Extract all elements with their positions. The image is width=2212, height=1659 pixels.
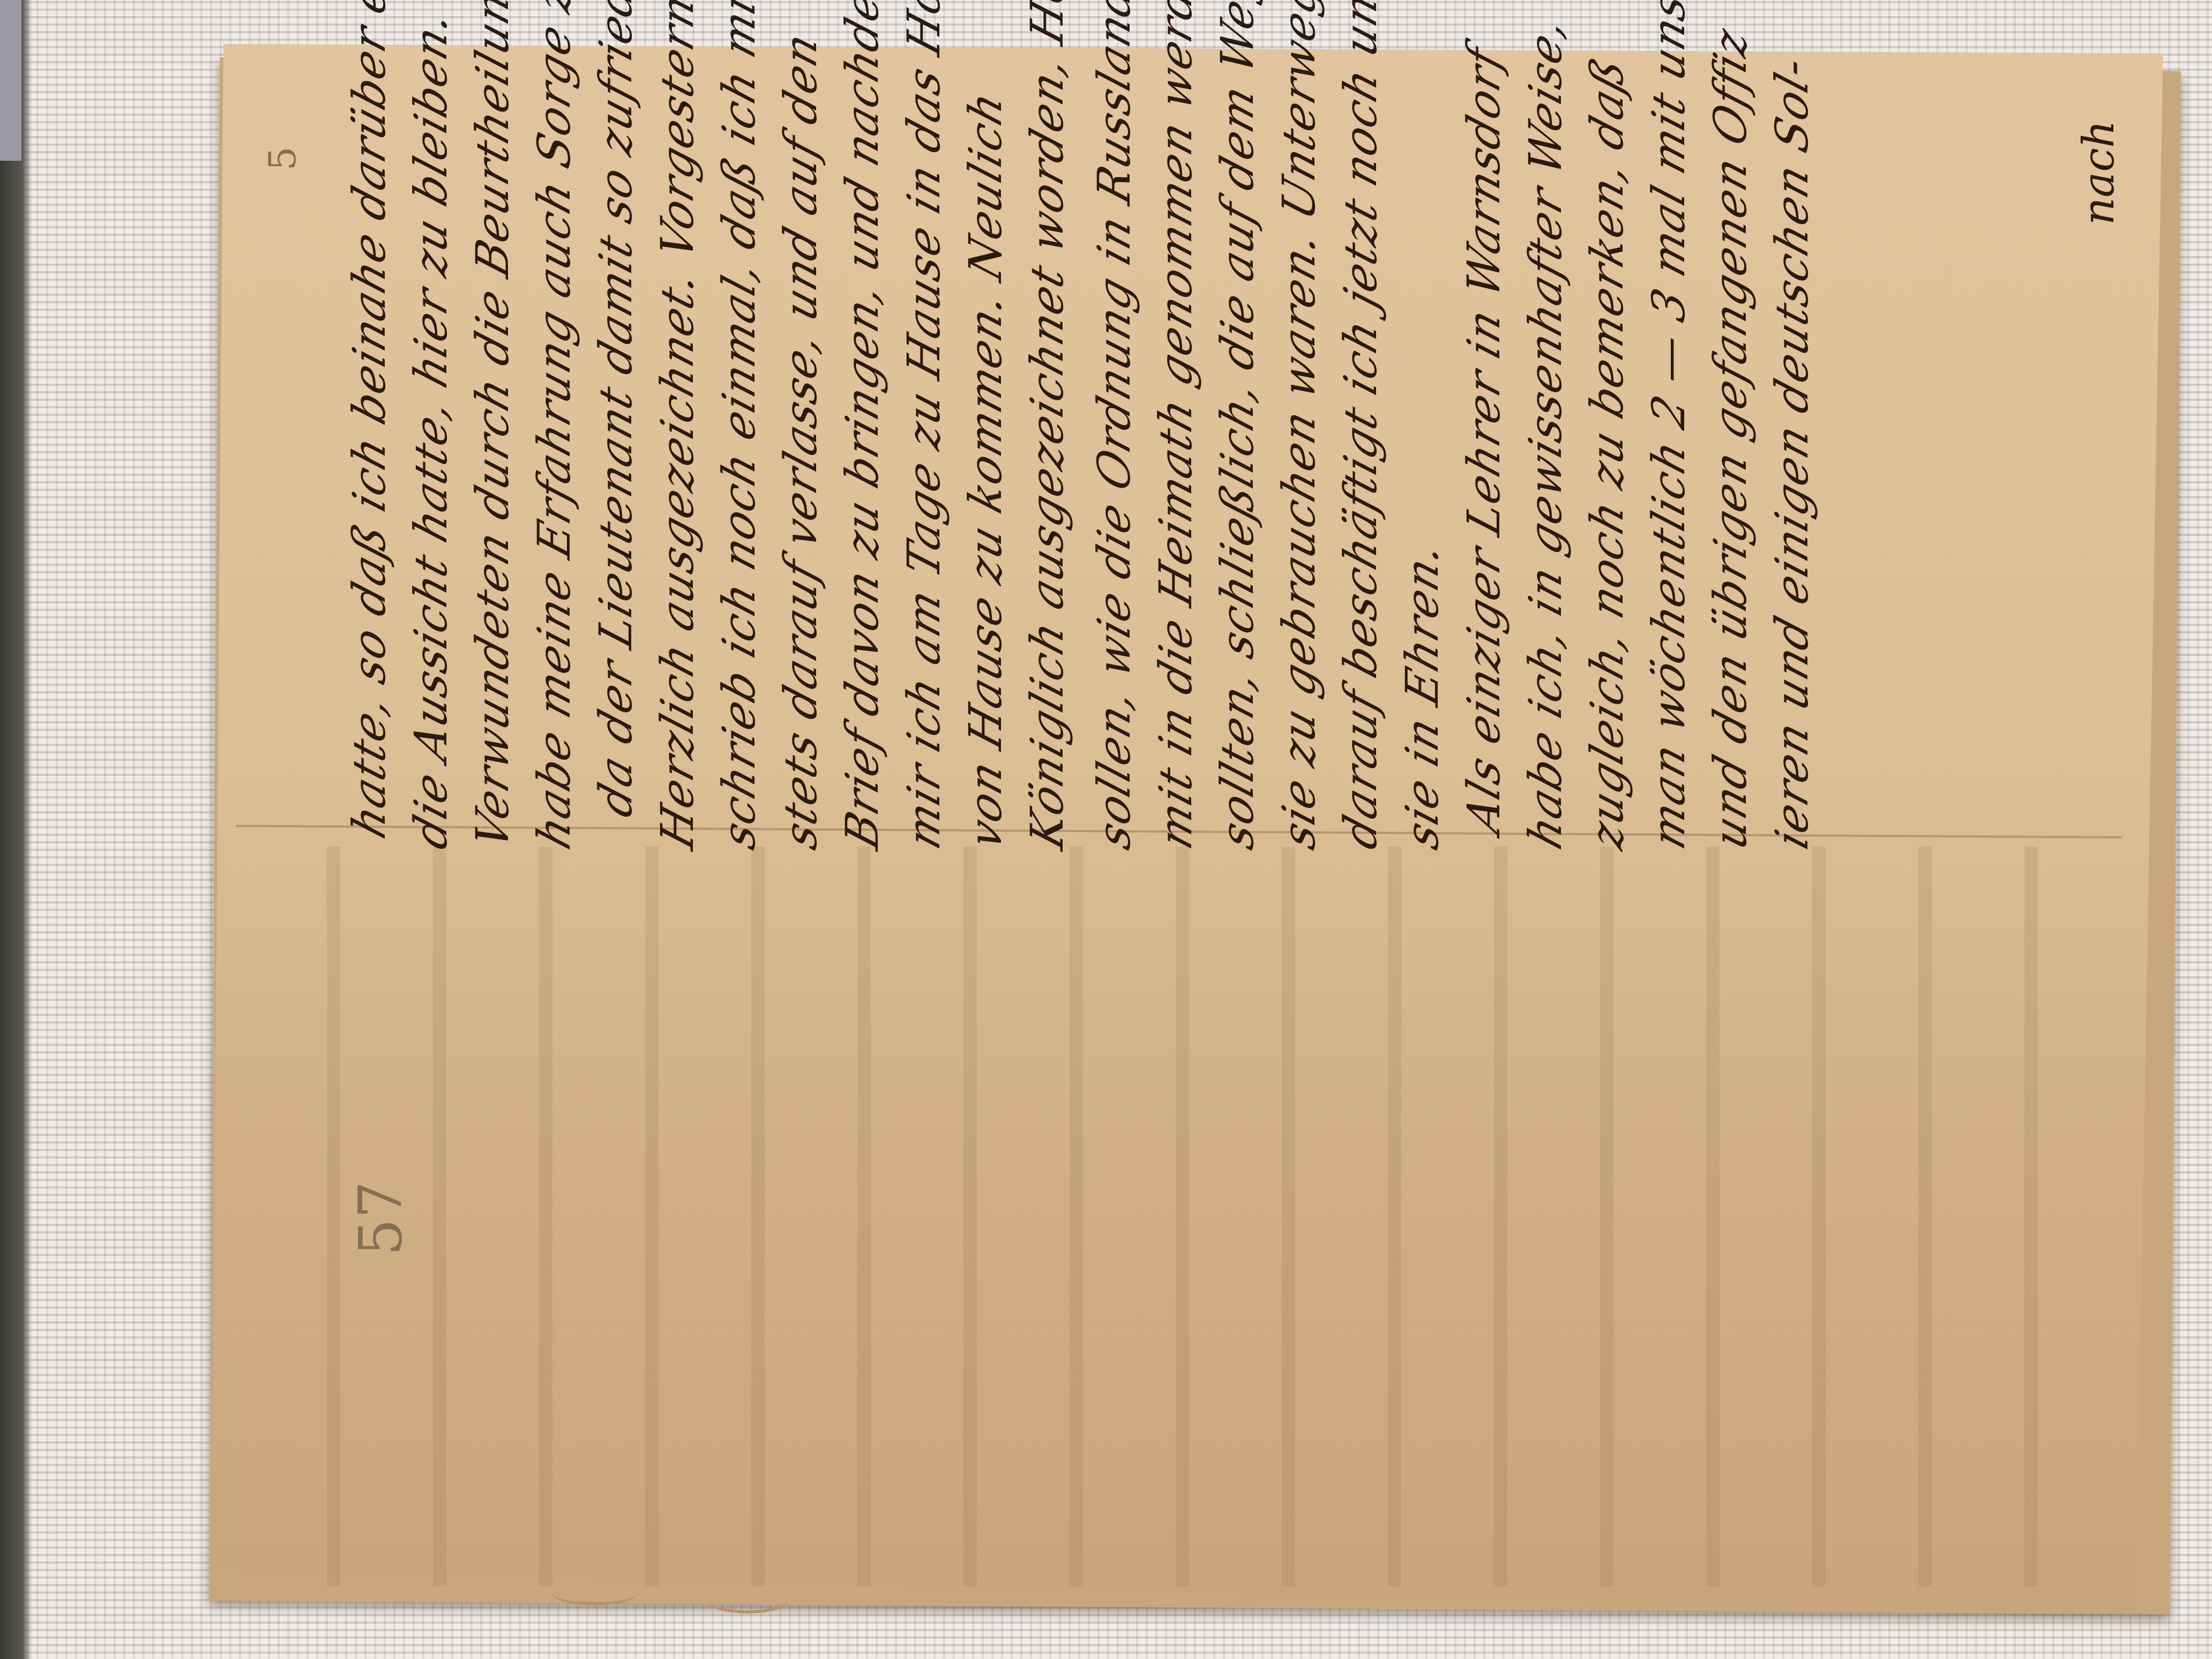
text-line: habe meine Erfahrung auch Sorge zu trage… [528,0,580,855]
pencil-folio-number: 57 [346,1181,415,1256]
text-line: schrieb ich noch einmal, daß ich mich ni… [713,0,765,855]
text-line: Brief davon zu bringen, und nachdem [836,0,888,855]
ink-bleed-through-area [246,847,2090,1586]
photo-stage: 5 57 hatte, so daß ich beinahe darüber e… [0,0,2212,1659]
handwritten-text-block-2: sollen, wie die Ordnung in Russland mit … [1088,70,2212,847]
text-line: sollen, wie die Ordnung in Russland [1088,0,1140,855]
text-line: man wöchentlich 2 — 3 mal mit uns [1642,0,1695,855]
text-line: mit in die Heimath genommen werden [1149,0,1202,855]
text-line: und den übrigen gefangenen Offiz [1704,21,1757,855]
text-line: da der Lieutenant damit so zufrieden war [589,0,642,823]
text-line: mir ich am Tage zu Hause in das Hospital [898,0,950,855]
page-number: 5 [260,147,304,171]
catchword: nach [2074,120,2124,225]
binding-thread-right [707,1589,788,1613]
text-line: Verwundeten durch die Beurtheilung der C… [466,0,519,855]
text-line: sie in Ehren. [1396,535,1448,855]
text-line: stets darauf verlasse, und auf den [774,26,827,855]
text-line: zugleich, noch zu bemerken, daß [1581,50,1633,855]
text-line: Königlich ausgezeichnet worden, Herzlich [1021,0,1073,855]
text-line: Als einziger Lehrer in Warnsdorf [1458,40,1510,839]
gray-object-corner [0,0,21,161]
text-line: hatte, so daß ich beinahe darüber erkran… [343,0,395,845]
text-line: habe ich, in gewissenhafter Weise, [1519,10,1572,855]
text-line: sollten, schließlich, die auf dem Wege [1211,0,1264,855]
text-line: darauf beschäftigt ich jetzt noch und se… [1334,0,1387,855]
text-line: von Hause zu kommen. Neulich [959,84,1012,855]
text-line: Herzlich ausgezeichnet. Vorgestern [651,0,704,855]
text-line: sie zu gebrauchen waren. Unterwegs [1273,0,1325,855]
text-line: ieren und einigen deutschen Sol- [1766,50,1818,855]
dark-surface-edge [0,0,32,1659]
text-line: die Aussicht hatte, hier zu bleiben. — F… [405,0,457,855]
binding-thread-left [552,1581,638,1605]
